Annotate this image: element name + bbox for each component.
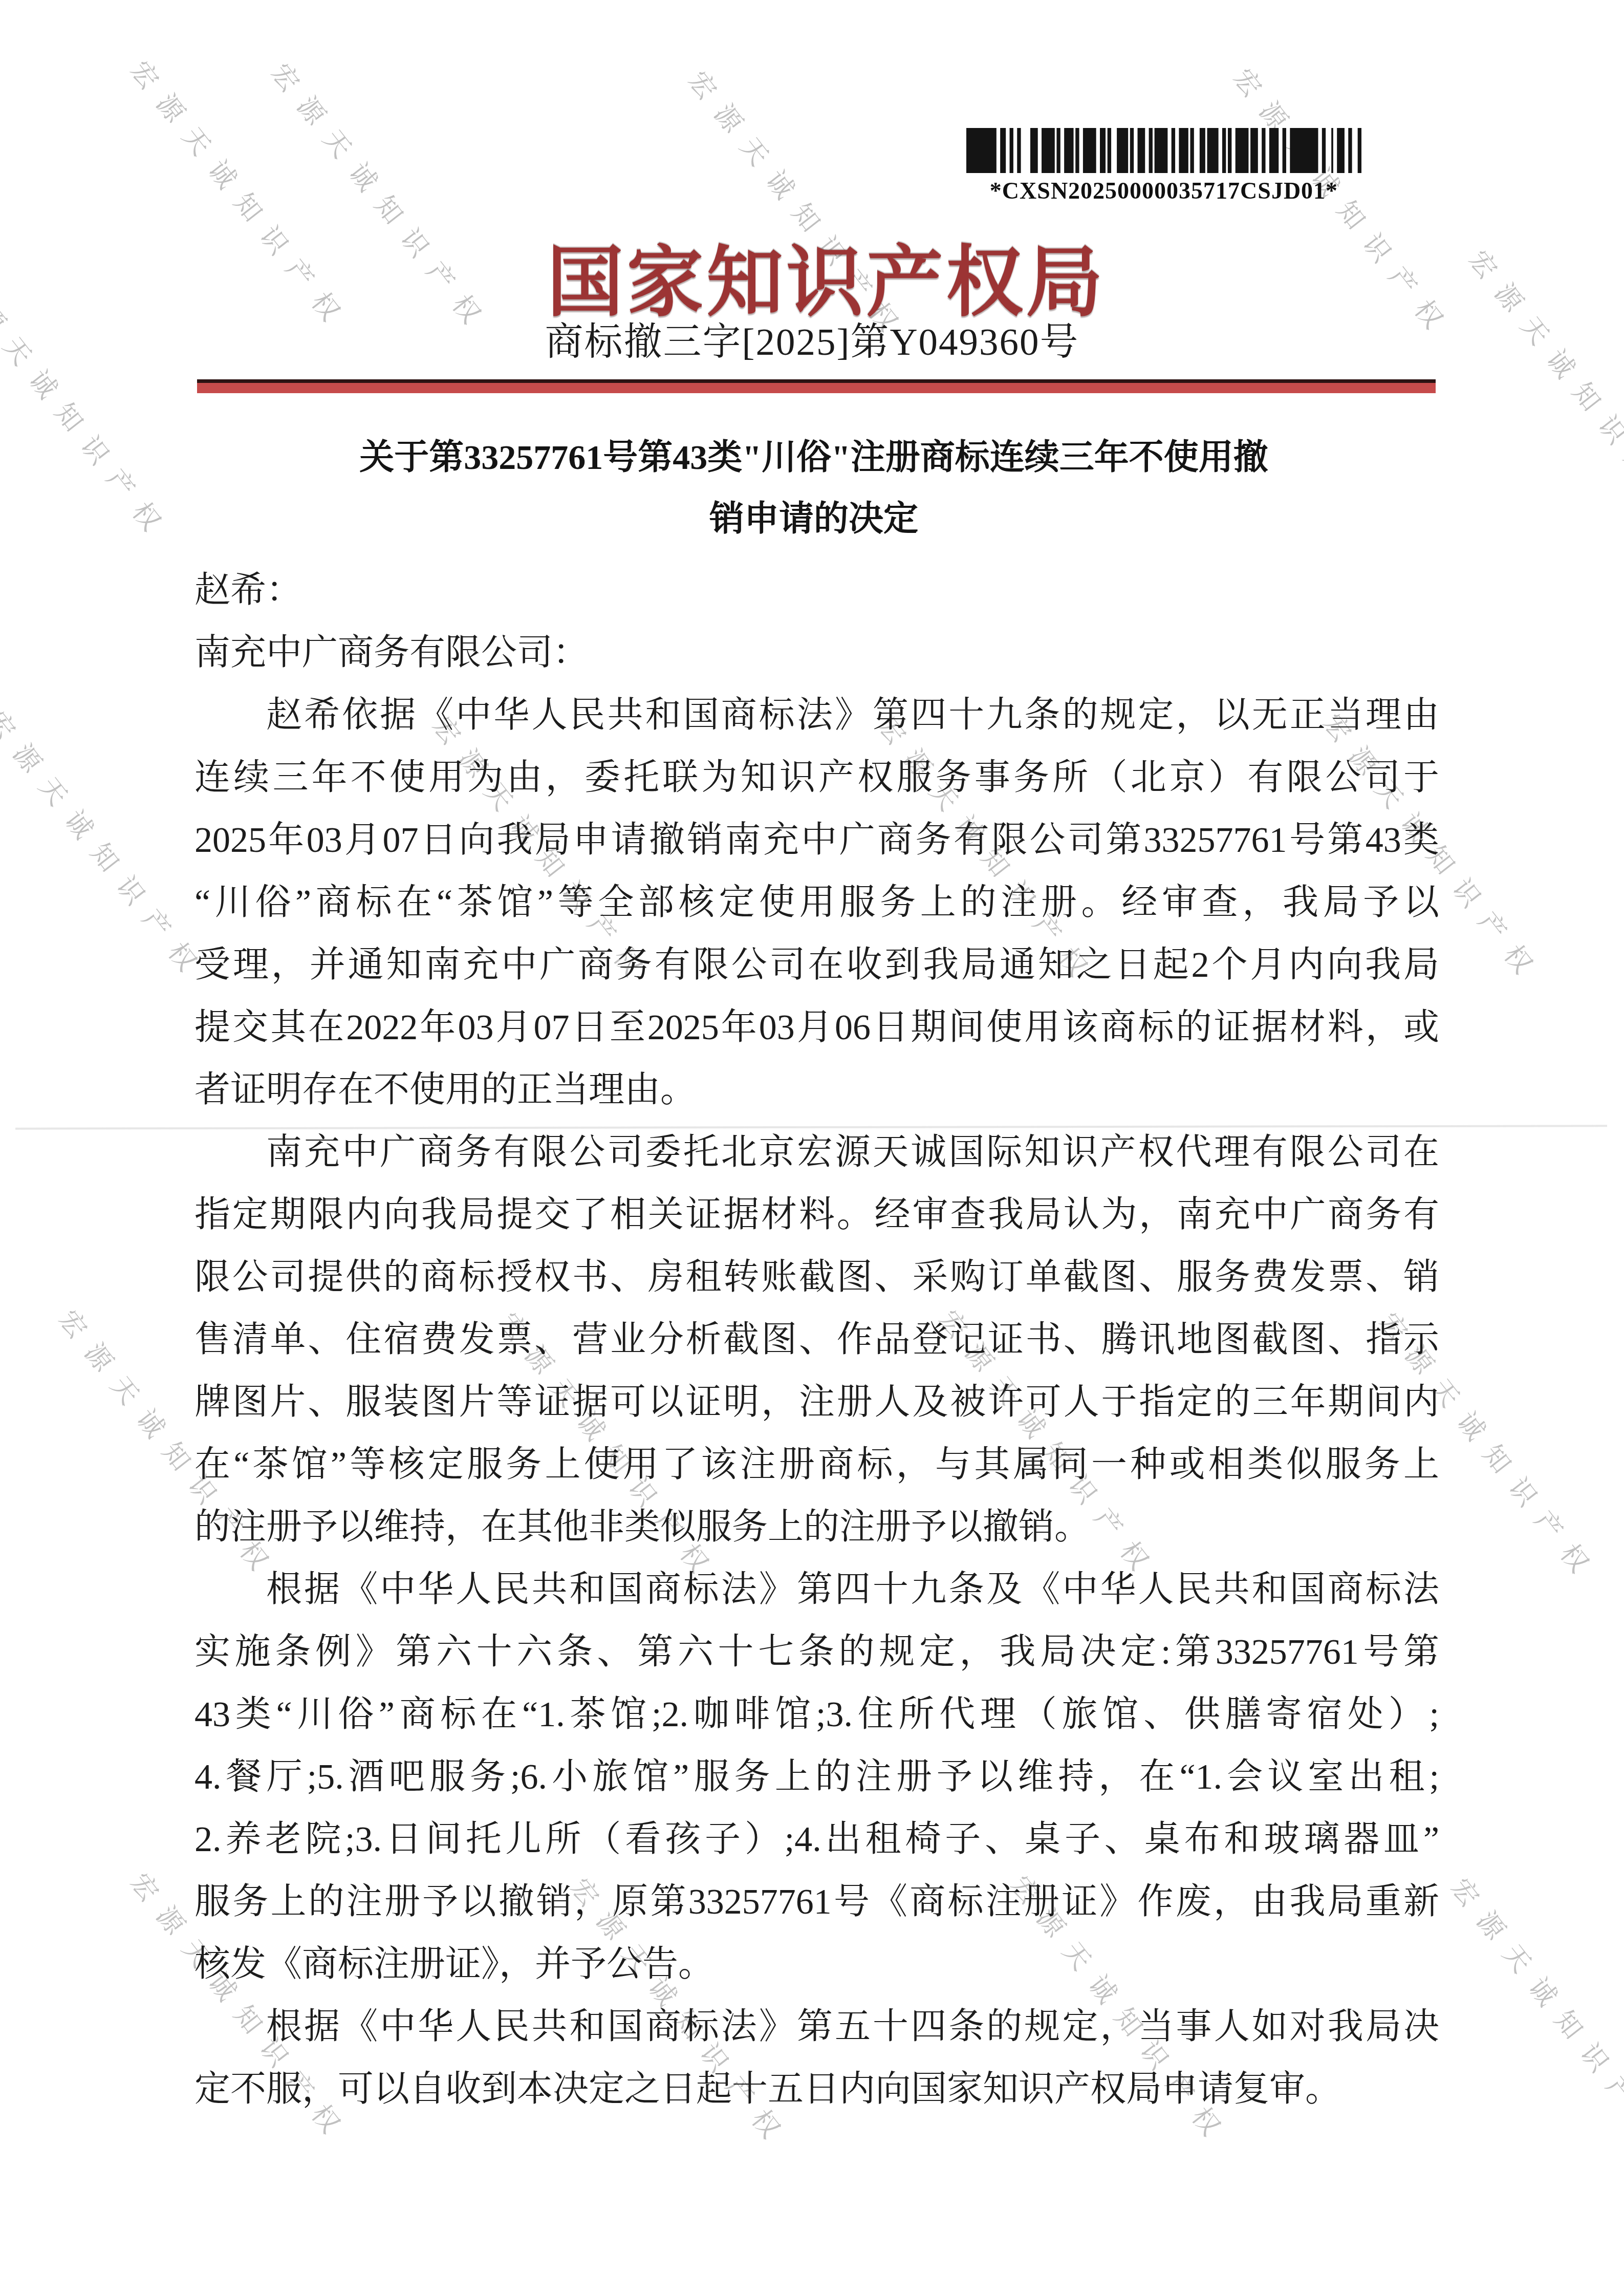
body-line: 指定期限内向我局提交了相关证据材料。经审查我局认为，南充中广商务有 xyxy=(194,1184,1439,1247)
body-line: 根据《中华人民共和国商标法》第五十四条的规定，当事人如对我局决 xyxy=(194,1996,1439,2058)
body-line: 牌图片、服装图片等证据可以证明，注册人及被许可人于指定的三年期间内 xyxy=(194,1371,1439,1434)
body-line: 2025年03月07日向我局申请撤销南充中广商务有限公司第33257761号第4… xyxy=(194,809,1439,872)
body-line: 南充中广商务有限公司： xyxy=(194,622,1439,684)
barcode-value: *CXSN20250000035717CSJD01* xyxy=(966,177,1361,204)
body-line: 服务上的注册予以撤销，原第33257761号《商标注册证》作废，由我局重新 xyxy=(194,1871,1439,1934)
barcode-bars xyxy=(966,128,1361,173)
body-line: 南充中广商务有限公司委托北京宏源天诚国际知识产权代理有限公司在 xyxy=(194,1122,1439,1184)
body-line: 受理，并通知南充中广商务有限公司在收到我局通知之日起2个月内向我局 xyxy=(194,934,1439,997)
body-line: “川俗”商标在“茶馆”等全部核定使用服务上的注册。经审查，我局予以 xyxy=(194,872,1439,934)
barcode: *CXSN20250000035717CSJD01* xyxy=(966,128,1361,204)
body-line: 定不服，可以自收到本决定之日起十五日内向国家知识产权局申请复审。 xyxy=(194,2058,1439,2121)
body-line: 4.餐厅;5.酒吧服务;6.小旅馆”服务上的注册予以维持，在“1.会议室出租; xyxy=(194,1746,1439,1809)
header-rule-divider xyxy=(197,379,1436,393)
scanned-document-page: { "page": {"width": 3173, "height": 4485… xyxy=(0,0,1624,2296)
body-line: 者证明存在不使用的正当理由。 xyxy=(194,1059,1439,1122)
body-line: 赵希： xyxy=(194,560,1439,622)
body-line: 连续三年不使用为由，委托联为知识产权服务事务所（北京）有限公司于 xyxy=(194,747,1439,809)
body-line: 核发《商标注册证》，并予公告。 xyxy=(194,1934,1439,1996)
body-line: 提交其在2022年03月07日至2025年03月06日期间使用该商标的证据材料，… xyxy=(194,997,1439,1059)
body-line: 售清单、住宿费发票、营业分析截图、作品登记证书、腾讯地图截图、指示 xyxy=(194,1309,1439,1371)
body-line: 实施条例》第六十六条、第六十七条的规定，我局决定:第33257761号第 xyxy=(194,1621,1439,1684)
body-line: 根据《中华人民共和国商标法》第四十九条及《中华人民共和国商标法 xyxy=(194,1559,1439,1621)
body-line: 赵希依据《中华人民共和国商标法》第四十九条的规定，以无正当理由 xyxy=(194,684,1439,747)
body-line: 43类“川俗”商标在“1.茶馆;2.咖啡馆;3.住所代理（旅馆、供膳寄宿处）; xyxy=(194,1684,1439,1746)
body-text: 赵希：南充中广商务有限公司：赵希依据《中华人民共和国商标法》第四十九条的规定，以… xyxy=(194,560,1439,2121)
body-line: 限公司提供的商标授权书、房租转账截图、采购订单截图、服务费发票、销 xyxy=(194,1247,1439,1309)
body-line: 的注册予以维持，在其他非类似服务上的注册予以撤销。 xyxy=(194,1496,1439,1559)
doc-number: 商标撤三字[2025]第Y049360号 xyxy=(0,311,1624,366)
decision-title: 关于第33257761号第43类"川俗"注册商标连续三年不使用撤 销申请的决定 xyxy=(189,426,1438,549)
document-content: *CXSN20250000035717CSJD01* 国家知识产权局 商标撤三字… xyxy=(0,0,1624,2296)
body-line: 在“茶馆”等核定服务上使用了该注册商标，与其属同一种或相类似服务上 xyxy=(194,1434,1439,1496)
decision-title-line2: 销申请的决定 xyxy=(189,488,1438,549)
body-line: 2.养老院;3.日间托儿所（看孩子）;4.出租椅子、桌子、桌布和玻璃器皿” xyxy=(194,1809,1439,1871)
decision-title-line1: 关于第33257761号第43类"川俗"注册商标连续三年不使用撤 xyxy=(189,426,1438,488)
